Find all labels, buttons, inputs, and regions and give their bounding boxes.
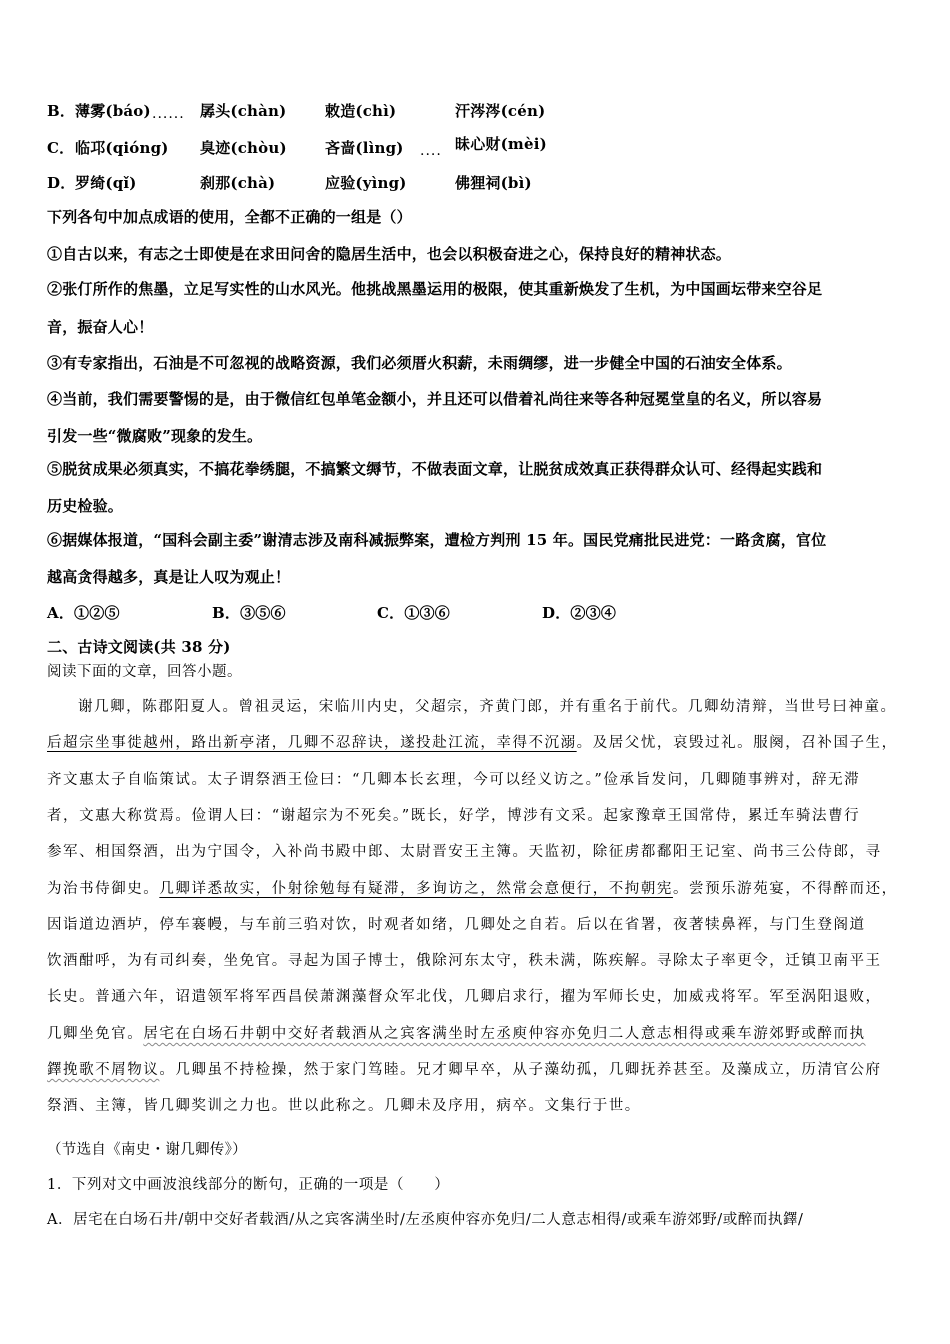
passage-source: （节选自《南史・谢几卿传》） bbox=[47, 1138, 247, 1159]
wavy-underlined-text: 居宅在白场石井朝中交好者载酒从之宾客满坐时左丞庾仲容亦免归二人意志相得或乘车游郊… bbox=[143, 1026, 865, 1042]
passage-line: 后超宗坐事徙越州，路出新亭渚，几卿不忍辞诀，遂投赴江流，幸得不沉溺。及居父忧，哀… bbox=[47, 731, 898, 752]
sentence-6: ⑥据媒体报道，“国科会副主委”谢清志涉及南科减振弊案，遭检方判刑 15 年。国民… bbox=[47, 529, 826, 550]
passage-line: 长史。普通六年，诏遣领军将军西昌侯萧渊藻督众军北伐，几卿启求行，擢为军师长史，加… bbox=[47, 985, 882, 1006]
exam-page: B．薄雾(báo)孱头(chàn)敕造(chì)汗涔涔(cén)......C．… bbox=[0, 0, 950, 1344]
passage-line: 鐸挽歌不屑物议。几卿虽不持检操，然于家门笃睦。兄才卿早卒，从子藻幼孤，几卿抚养甚… bbox=[47, 1058, 882, 1079]
emphasis-dots: .... bbox=[420, 143, 442, 159]
sentence-6-cont: 越高贪得越多，真是让人叹为观止！ bbox=[47, 566, 290, 587]
pinyin-item: 应验(yìng) bbox=[325, 172, 407, 193]
question-1-stem: 1．下列对文中画波浪线部分的断句，正确的一项是（ ） bbox=[47, 1173, 449, 1194]
wavy-underlined-text: 鐸挽歌不屑物议 bbox=[47, 1062, 159, 1078]
question-1-option-a[interactable]: A．居宅在白场石井/朝中交好者载酒/从之宾客满坐时/左丞庾仲容亦免归/二人意志相… bbox=[47, 1208, 803, 1229]
underlined-text: 几卿详悉故实，仆射徐勉每有疑滞，多询访之，然常会意便行，不拘朝宪 bbox=[159, 881, 673, 897]
answer-option-a[interactable]: A．①②⑤ bbox=[47, 602, 120, 623]
sentence-4-cont: 引发一些“微腐败”现象的发生。 bbox=[47, 425, 262, 446]
emphasis-dots: ...... bbox=[152, 106, 185, 122]
passage-line: 谢几卿，陈郡阳夏人。曾祖灵运，宋临川内史，父超宗，齐黄门郎，并有重名于前代。几卿… bbox=[78, 695, 897, 716]
pinyin-item: 昧心财(mèi) bbox=[455, 133, 547, 154]
passage-line: 饮酒酣呼，为有司纠奏，坐免官。寻起为国子博士，俄除河东太守，秩未满，陈疾解。寻除… bbox=[47, 949, 882, 970]
section-instruction: 阅读下面的文章，回答小题。 bbox=[47, 660, 242, 681]
underlined-text: 后超宗坐事徙越州，路出新亭渚，几卿不忍辞诀，遂投赴江流，幸得不沉溺 bbox=[47, 735, 577, 751]
sentence-3: ③有专家指出，石油是不可忽视的战略资源，我们必须厝火积薪，未雨绸缪，进一步健全中… bbox=[47, 352, 792, 373]
passage-line: 者，文惠大称赏焉。俭谓人曰：“谢超宗为不死矣。”既长，好学，博涉有文采。起家豫章… bbox=[47, 804, 860, 825]
passage-line: 参军、相国祭酒，出为宁国令，入补尚书殿中郎、太尉晋安王主簿。天监初，除征虏都鄱阳… bbox=[47, 840, 882, 861]
sentence-2: ②张仃所作的焦墨，立足写实性的山水风光。他挑战黑墨运用的极限，使其重新焕发了生机… bbox=[47, 278, 822, 299]
sentence-5-cont: 历史检验。 bbox=[47, 495, 123, 516]
sentence-2-cont: 音，振奋人心！ bbox=[47, 316, 153, 337]
pinyin-item: 罗绮(qǐ) bbox=[75, 172, 137, 193]
question-stem: 下列各句中加点成语的使用，全都不正确的一组是（） bbox=[47, 206, 412, 227]
pinyin-option-label: C． bbox=[47, 137, 74, 158]
answer-option-c[interactable]: C．①③⑥ bbox=[377, 602, 450, 623]
passage-line: 祭酒、主簿，皆几卿奖训之力也。世以此称之。几卿未及序用，病卒。文集行于世。 bbox=[47, 1094, 641, 1115]
pinyin-item: 吝啬(lìng) bbox=[325, 137, 404, 158]
answer-option-b[interactable]: B．③⑤⑥ bbox=[212, 602, 286, 623]
pinyin-option-label: B． bbox=[47, 100, 75, 121]
passage-line: 为治书侍御史。几卿详悉故实，仆射徐勉每有疑滞，多询访之，然常会意便行，不拘朝宪。… bbox=[47, 877, 898, 898]
pinyin-option-label: D． bbox=[47, 172, 75, 193]
pinyin-item: 孱头(chàn) bbox=[200, 100, 286, 121]
answer-option-d[interactable]: D．②③④ bbox=[542, 602, 616, 623]
sentence-1: ①自古以来，有志之士即使是在求田问舍的隐居生活中，也会以积极奋进之心，保持良好的… bbox=[47, 243, 731, 264]
sentence-5: ⑤脱贫成果必须真实，不搞花拳绣腿，不搞繁文缛节，不做表面文章，让脱贫成效真正获得… bbox=[47, 458, 822, 479]
sentence-4: ④当前，我们需要警惕的是，由于微信红包单笔金额小，并且还可以借着礼尚往来等各种冠… bbox=[47, 388, 822, 409]
passage-line: 因诣道边酒垆，停车褰幔，与车前三驺对饮，时观者如绪，几卿处之自若。后以在省署，夜… bbox=[47, 913, 866, 934]
pinyin-item: 佛狸祠(bì) bbox=[455, 172, 532, 193]
pinyin-item: 汗涔涔(cén) bbox=[455, 100, 545, 121]
pinyin-item: 臭迹(chòu) bbox=[200, 137, 287, 158]
pinyin-item: 薄雾(báo) bbox=[75, 100, 151, 121]
pinyin-item: 敕造(chì) bbox=[325, 100, 396, 121]
pinyin-item: 临邛(qióng) bbox=[75, 137, 169, 158]
passage-line: 几卿坐免官。居宅在白场石井朝中交好者载酒从之宾客满坐时左丞庾仲容亦免归二人意志相… bbox=[47, 1022, 866, 1043]
section-heading: 二、古诗文阅读(共 38 分) bbox=[47, 636, 231, 657]
pinyin-item: 刹那(chà) bbox=[200, 172, 275, 193]
passage-line: 齐文惠太子自临策试。太子谓祭酒王俭曰：“几卿本长玄理，今可以经义访之。”俭承旨发… bbox=[47, 768, 860, 789]
